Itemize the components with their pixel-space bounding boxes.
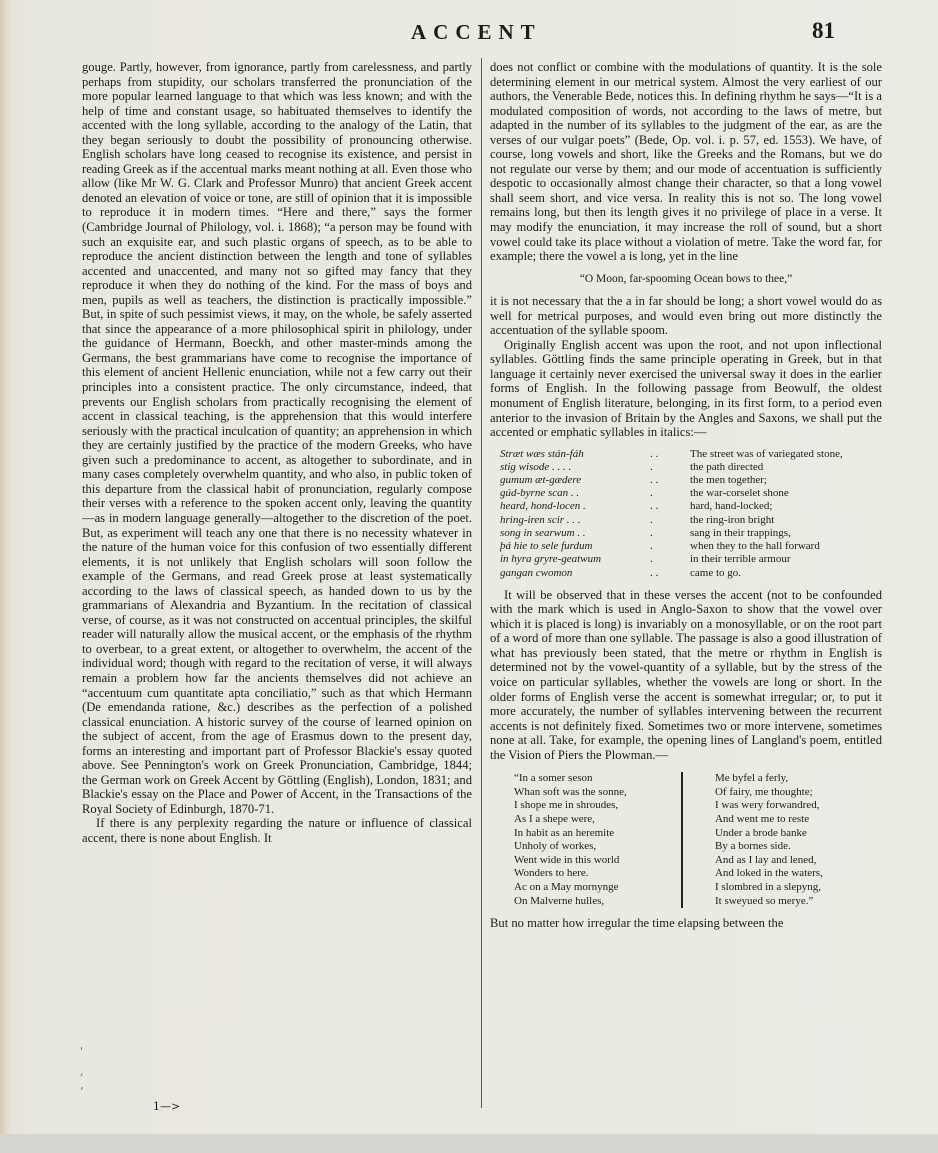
margin-mark: , (80, 1065, 84, 1078)
translation-line: in their terrible armour (690, 553, 882, 566)
body-paragraph: If there is any perplexity regarding the… (82, 816, 472, 845)
piers-plowman-passage: “In a somer seson Whan soft was the sonn… (490, 772, 882, 908)
verse-line: Ac on a May mornynge (514, 881, 681, 895)
verse-row: song in searwum . ..sang in their trappi… (500, 527, 882, 540)
leader-dots: . . (650, 448, 690, 461)
leader-dots: . (650, 540, 690, 553)
left-column: gouge. Partly, however, from ignorance, … (82, 60, 472, 846)
margin-mark: ’ (80, 1085, 84, 1098)
scan-background (0, 1134, 938, 1153)
leader-dots: . (650, 514, 690, 527)
running-head: ACCENT 81 (0, 14, 938, 44)
translation-line: when they to the hall forward (690, 540, 882, 553)
beowulf-passage: Stræt wæs stán-fáh. .The street was of v… (500, 448, 882, 580)
verse-row: hring-iren scir . . ..the ring-iron brig… (500, 514, 882, 527)
body-paragraph: it is not necessary that the a in far sh… (490, 294, 882, 338)
translation-line: the ring-iron bright (690, 514, 882, 527)
page-number: 81 (812, 18, 835, 44)
right-column: does not conflict or combine with the mo… (490, 60, 882, 931)
verse-row: Stræt wæs stán-fáh. .The street was of v… (500, 448, 882, 461)
old-english-line: gúd-byrne scan . . (500, 487, 650, 500)
verse-line: Wonders to here. (514, 867, 681, 881)
old-english-line: þá hie to sele furdum (500, 540, 650, 553)
verse-row: gumum æt-gædere. .the men together; (500, 474, 882, 487)
verse-line: Me byfel a ferly, (715, 772, 882, 786)
old-english-line: in hyra gryre-geatwum (500, 553, 650, 566)
translation-line: the men together; (690, 474, 882, 487)
body-paragraph: does not conflict or combine with the mo… (490, 60, 882, 264)
translation-line: hard, hand-locked; (690, 500, 882, 513)
verse-row: heard, hond-locen .. .hard, hand-locked; (500, 500, 882, 513)
old-english-line: song in searwum . . (500, 527, 650, 540)
verse-row: in hyra gryre-geatwum.in their terrible … (500, 553, 882, 566)
leader-dots: . (650, 553, 690, 566)
document-page: ACCENT 81 gouge. Partly, however, from i… (0, 0, 938, 1134)
verse-line: I shope me in shroudes, (514, 799, 681, 813)
verse-line: I was wery forwandred, (715, 799, 882, 813)
verse-row: stig wisode . . . ..the path directed (500, 461, 882, 474)
translation-line: the path directed (690, 461, 882, 474)
translation-line: came to go. (690, 567, 882, 580)
old-english-line: stig wisode . . . . (500, 461, 650, 474)
verse-divider (681, 772, 683, 908)
body-paragraph: It will be observed that in these verses… (490, 588, 882, 763)
translation-line: The street was of variegated stone, (690, 448, 882, 461)
verse-line: And as I lay and lened, (715, 854, 882, 868)
old-english-line: gangan cwomon (500, 567, 650, 580)
leader-dots: . (650, 461, 690, 474)
verse-row: þá hie to sele furdum.when they to the h… (500, 540, 882, 553)
verse-line: And went me to reste (715, 813, 882, 827)
verse-line: “In a somer seson (514, 772, 681, 786)
running-head-title: ACCENT (411, 20, 542, 45)
verse-quotation: “O Moon, far-spooming Ocean bows to thee… (490, 272, 882, 287)
body-paragraph: Originally English accent was upon the r… (490, 338, 882, 440)
margin-mark: ' (80, 1045, 83, 1058)
verse-line: By a bornes side. (715, 840, 882, 854)
leader-dots: . . (650, 500, 690, 513)
verse-line: On Malverne hulles, (514, 895, 681, 909)
verse-line: Whan soft was the sonne, (514, 786, 681, 800)
leader-dots: . . (650, 474, 690, 487)
body-paragraph: But no matter how irregular the time ela… (490, 916, 882, 931)
leader-dots: . (650, 487, 690, 500)
leader-dots: . (650, 527, 690, 540)
verse-line: It sweyued so merye.” (715, 895, 882, 909)
verse-row: gangan cwomon. .came to go. (500, 567, 882, 580)
verse-column-right: Me byfel a ferly, Of fairy, me thoughte;… (705, 772, 882, 908)
old-english-line: Stræt wæs stán-fáh (500, 448, 650, 461)
verse-line: In habit as an heremite (514, 827, 681, 841)
leader-dots: . . (650, 567, 690, 580)
old-english-line: gumum æt-gædere (500, 474, 650, 487)
old-english-line: heard, hond-locen . (500, 500, 650, 513)
verse-line: Under a brode banke (715, 827, 882, 841)
old-english-line: hring-iren scir . . . (500, 514, 650, 527)
verse-line: Of fairy, me thoughte; (715, 786, 882, 800)
verse-line: Went wide in this world (514, 854, 681, 868)
verse-row: gúd-byrne scan . ..the war-corselet shon… (500, 487, 882, 500)
column-divider (481, 58, 482, 1108)
signature-mark: 1—> (153, 1100, 180, 1113)
verse-line: Unholy of workes, (514, 840, 681, 854)
verse-column-left: “In a somer seson Whan soft was the sonn… (490, 772, 681, 908)
translation-line: sang in their trappings, (690, 527, 882, 540)
verse-line: As I a shepe were, (514, 813, 681, 827)
verse-line: And loked in the waters, (715, 867, 882, 881)
translation-line: the war-corselet shone (690, 487, 882, 500)
body-paragraph: gouge. Partly, however, from ignorance, … (82, 60, 472, 816)
verse-line: I slombred in a slepyng, (715, 881, 882, 895)
